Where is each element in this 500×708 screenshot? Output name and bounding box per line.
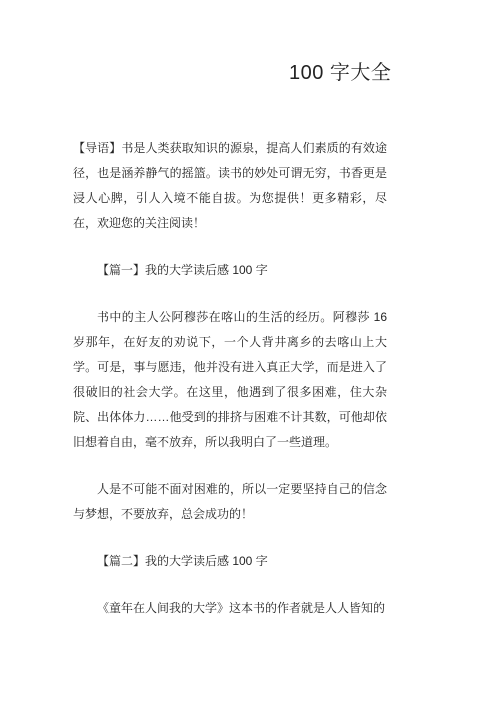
document-paragraph: 人是不可能不面对困难的，所以一定要坚持自己的信念与梦想，不要放弃，总会成功的！	[73, 477, 387, 527]
section-heading: 【篇二】我的大学读后感 100 字	[73, 549, 387, 574]
document-title: 100 字大全	[289, 59, 391, 87]
document-paragraph: 《童年在人间我的大学》这本书的作者就是人人皆知的	[73, 596, 387, 621]
document-paragraph: 书中的主人公阿穆莎在喀山的生活的经历。阿穆莎 16 岁那年，在好友的劝说下，一个…	[73, 305, 387, 455]
document-paragraph: 【导语】书是人类获取知识的源泉，提高人们素质的有效途径，也是涵养静气的摇篮。读书…	[73, 136, 387, 236]
document-page: 100 字大全 【导语】书是人类获取知识的源泉，提高人们素质的有效途径，也是涵养…	[0, 0, 500, 708]
section-heading: 【篇一】我的大学读后感 100 字	[73, 258, 387, 283]
document-body: 【导语】书是人类获取知识的源泉，提高人们素质的有效途径，也是涵养静气的摇篮。读书…	[73, 136, 387, 643]
